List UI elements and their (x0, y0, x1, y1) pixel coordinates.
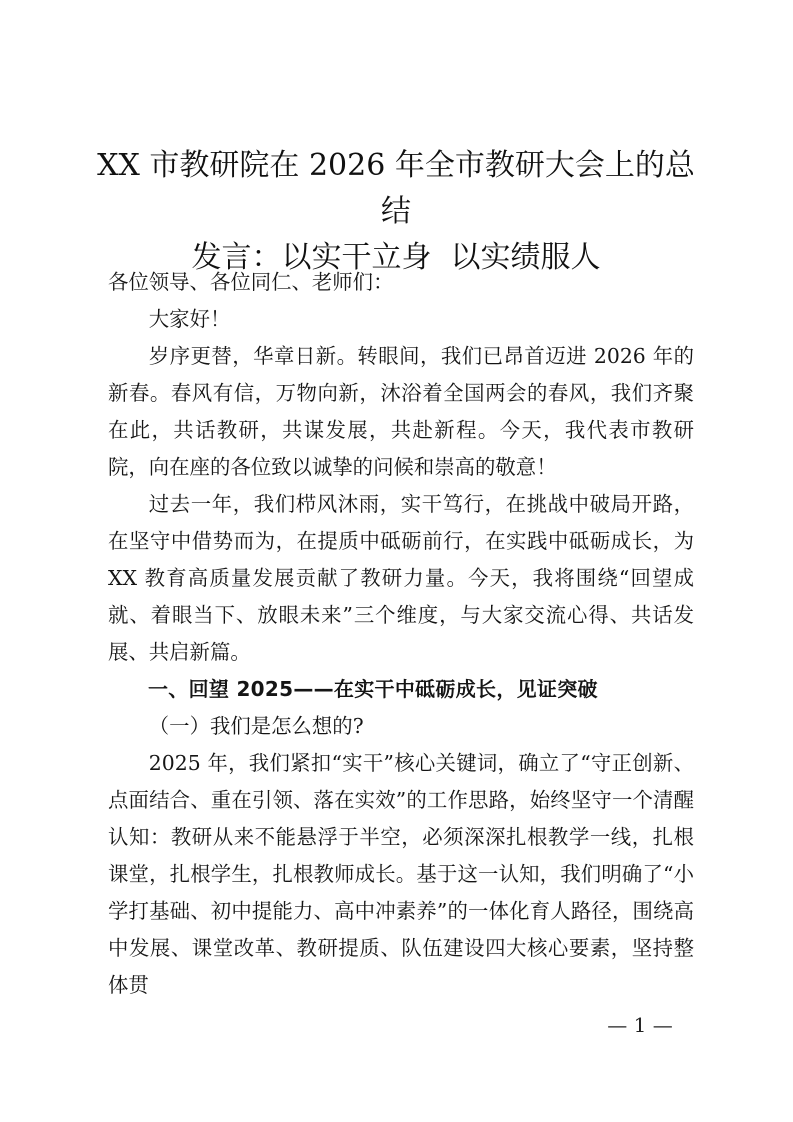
paragraph-opening: 岁序更替，华章日新。转眼间，我们已昂首迈进 2026 年的新春。春风有信，万物向… (108, 338, 694, 486)
paragraph-section1: 2025 年，我们紧扣“实干”核心关键词，确立了“守正创新、点面结合、重在引领、… (108, 745, 694, 1004)
title-line-1: XX 市教研院在 2026 年全市教研大会上的总结 (97, 148, 695, 229)
salutation: 各位领导、各位同仁、老师们： (108, 264, 694, 301)
document-body: 各位领导、各位同仁、老师们： 大家好！ 岁序更替，华章日新。转眼间，我们已昂首迈… (108, 264, 694, 1004)
section-heading-1: 一、回望 2025——在实干中砥砺成长，见证突破 (108, 671, 694, 708)
subsection-heading-1: （一）我们是怎么想的? (108, 708, 694, 745)
document-page: XX 市教研院在 2026 年全市教研大会上的总结 发言：以实干立身 以实绩服人… (0, 0, 793, 1122)
page-number: — 1 — (600, 1013, 680, 1037)
greeting: 大家好！ (108, 301, 694, 338)
document-title: XX 市教研院在 2026 年全市教研大会上的总结 发言：以实干立身 以实绩服人 (96, 143, 696, 281)
paragraph-overview: 过去一年，我们栉风沐雨，实干笃行，在挑战中破局开路，在坚守中借势而为，在提质中砥… (108, 486, 694, 671)
